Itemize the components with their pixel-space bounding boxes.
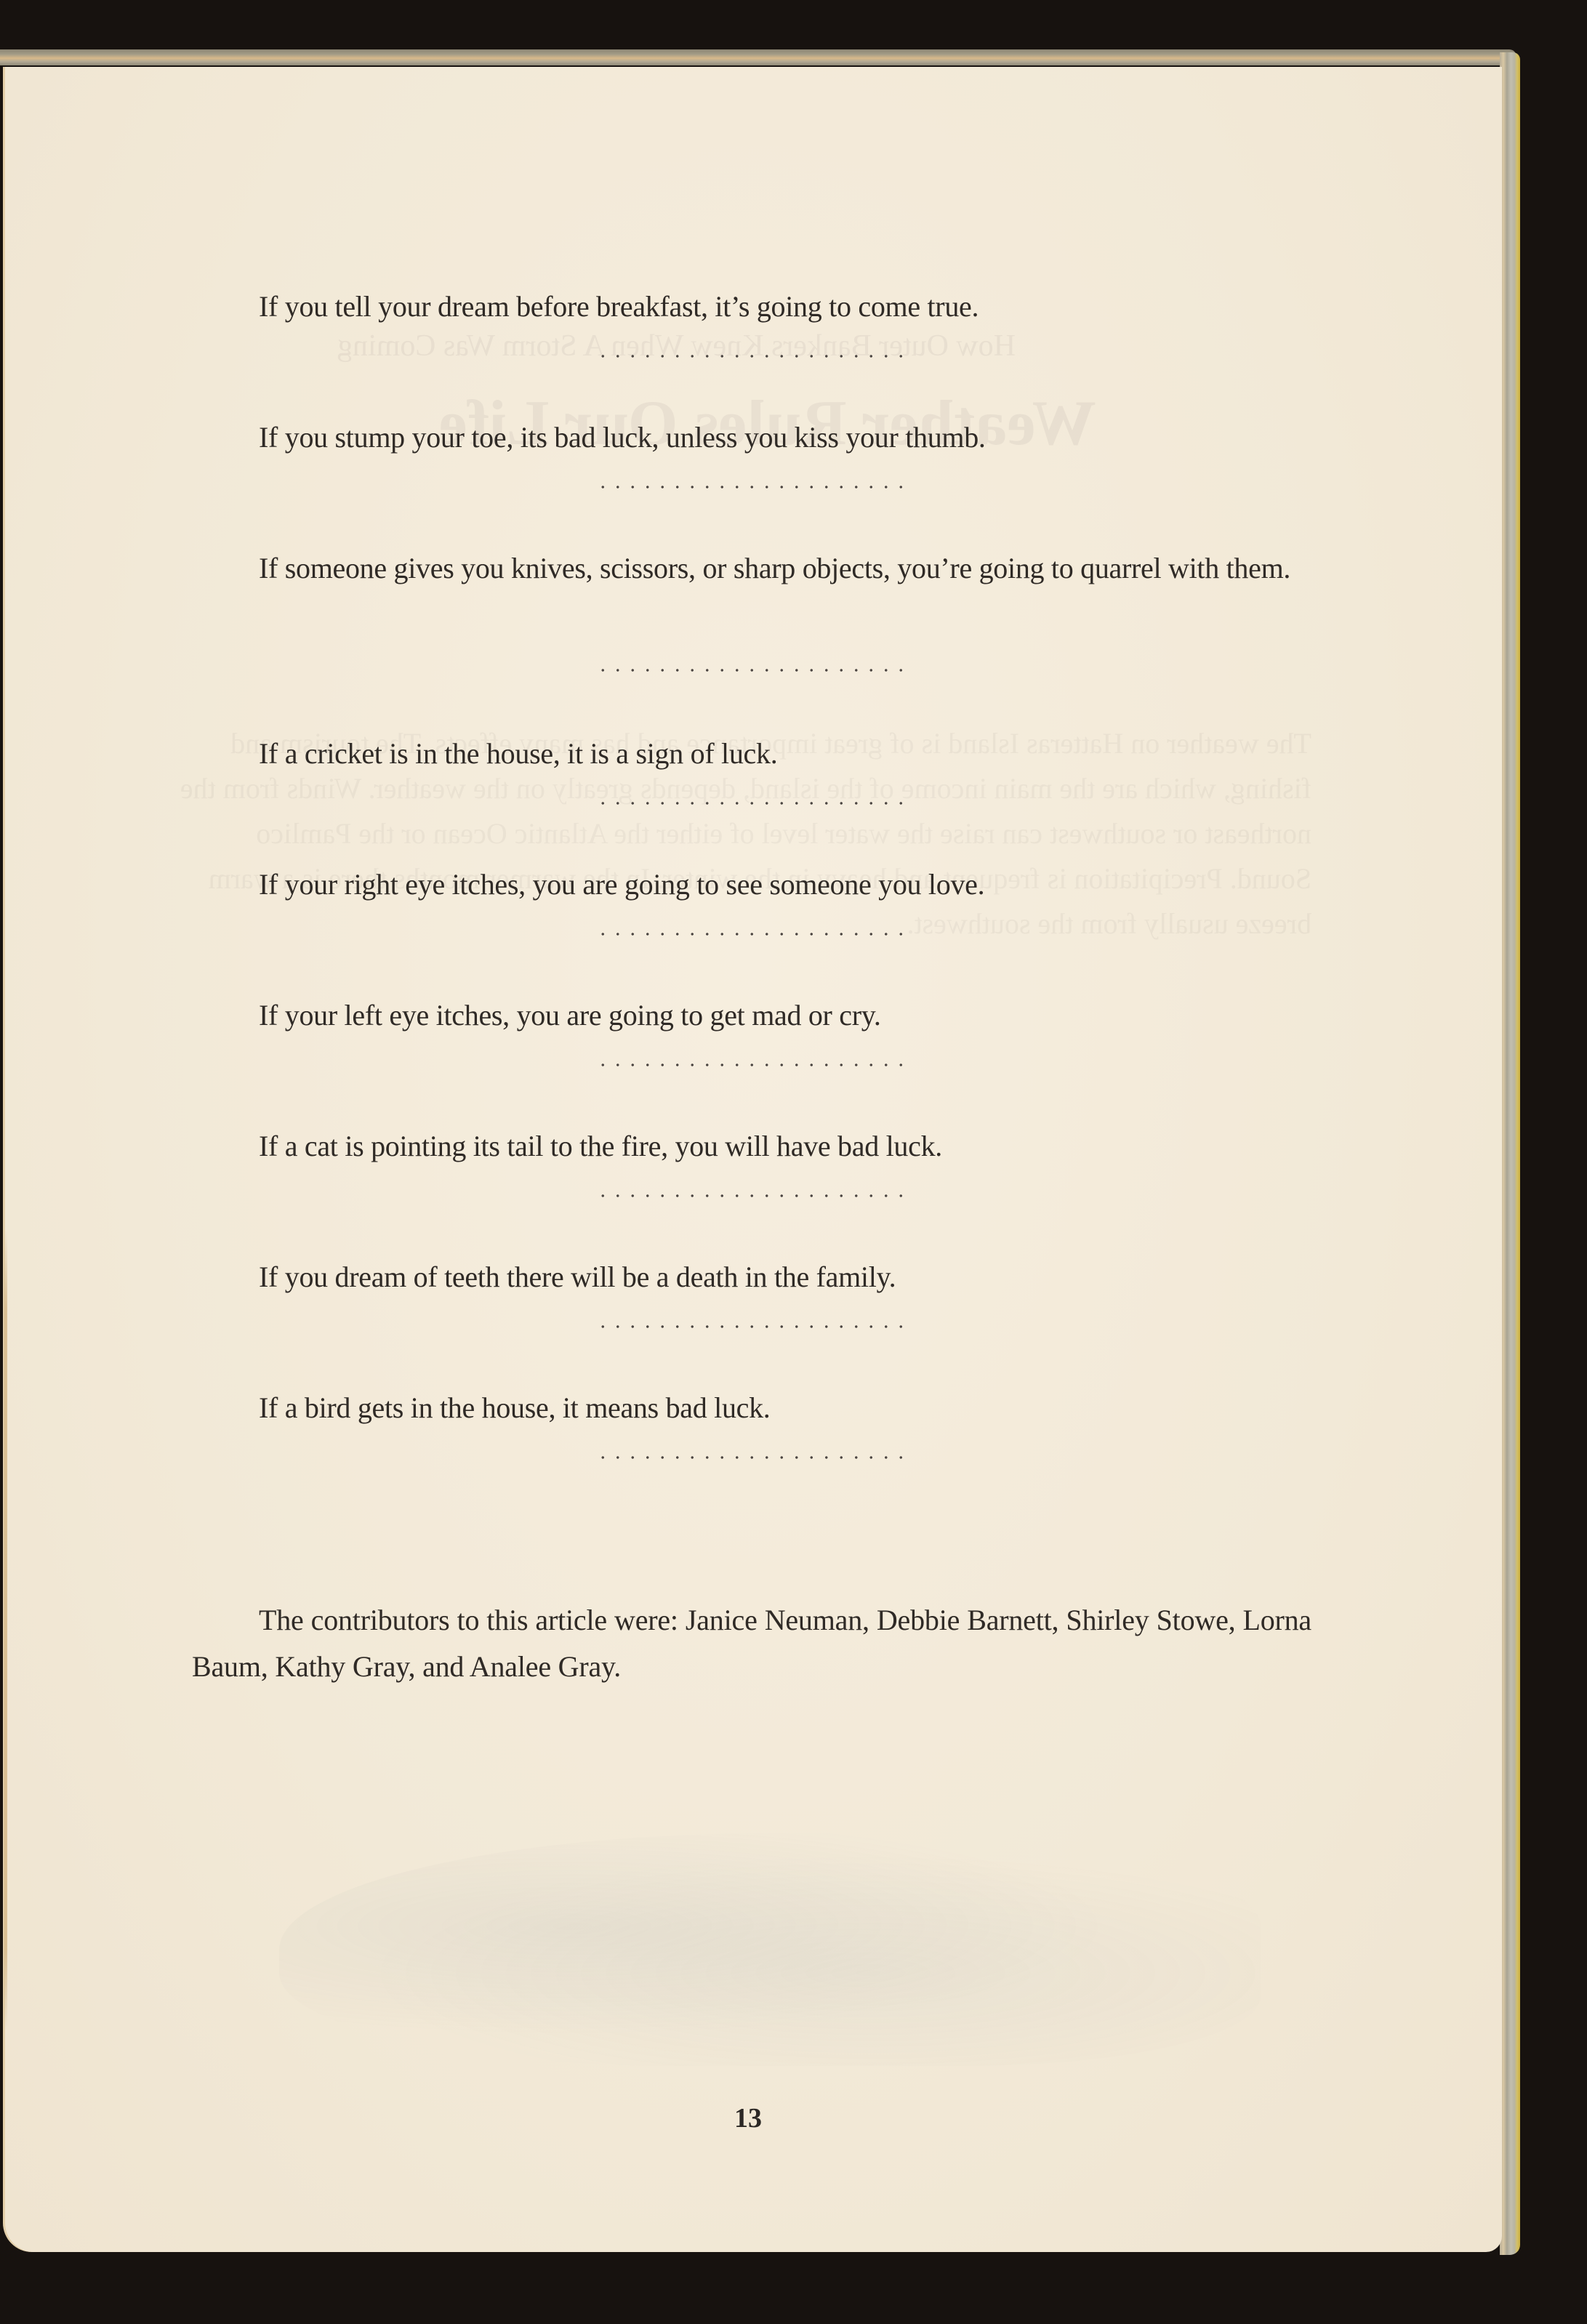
dotted-divider [595, 802, 908, 805]
superstition-item: If you dream of teeth there will be a de… [259, 1263, 896, 1292]
superstition-item: If a bird gets in the house, it means ba… [259, 1394, 771, 1423]
dotted-divider [595, 1325, 908, 1328]
page-stack-right-edge [1500, 52, 1520, 2255]
page-binding-edge [4, 1230, 7, 2030]
dotted-divider [595, 933, 908, 936]
superstition-item: If a cat is pointing its tail to the fir… [259, 1132, 942, 1161]
superstition-item: If your right eye itches, you are going … [259, 870, 984, 899]
superstition-item: If someone gives you knives, scissors, o… [192, 545, 1304, 592]
dotted-divider [595, 1194, 908, 1197]
bleed-through-subtitle: How Outer Bankers Knew When A Storm Was … [337, 329, 1016, 363]
book-page: How Outer Bankers Knew When A Storm Was … [3, 67, 1502, 2252]
page-stack-top-edge [0, 49, 1516, 65]
dotted-divider [595, 1456, 908, 1459]
superstition-item: If you stump your toe, its bad luck, unl… [259, 423, 986, 452]
superstition-item: If your left eye itches, you are going t… [259, 1001, 881, 1030]
dotted-divider [595, 486, 908, 488]
contributors-credits: The contributors to this article were: J… [192, 1597, 1311, 1690]
superstition-item: If you tell your dream before breakfast,… [259, 292, 979, 321]
dotted-divider [595, 669, 908, 672]
superstition-item: If a cricket is in the house, it is a si… [259, 739, 777, 768]
bleed-through-sketch [279, 1833, 1261, 2066]
dotted-divider [595, 355, 908, 358]
dotted-divider [595, 1064, 908, 1066]
page-number: 13 [734, 2102, 762, 2134]
